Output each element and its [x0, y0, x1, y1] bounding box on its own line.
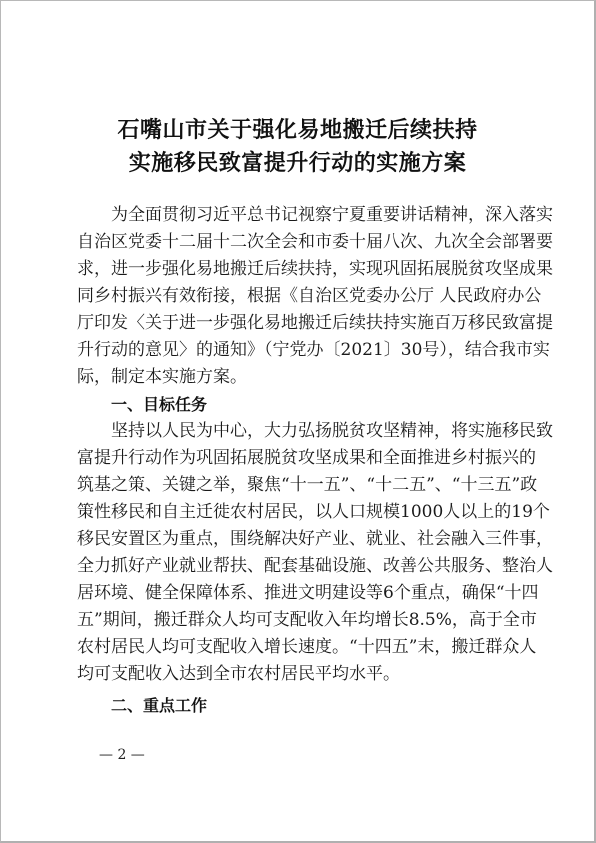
text-line: 求，进一步强化易地搬迁后续扶持，实现巩固拓展脱贫攻坚成果: [77, 256, 519, 283]
text-line: 富提升行动作为巩固拓展脱贫攻坚成果和全面推进乡村振兴的: [77, 445, 519, 472]
document-title-line-2: 实施移民致富提升行动的实施方案: [1, 146, 594, 177]
text-line: 移民安置区为重点，围绕解决好产业、就业、社会融入三件事，: [77, 526, 519, 553]
text-line: 筑基之策、关键之举，聚焦“十一五”、“十二五”、“十三五”政: [77, 472, 519, 499]
text-line: 全力抓好产业就业帮扶、配套基础设施、改善公共服务、整治人: [77, 553, 519, 580]
text-line: 升行动的意见〉的通知》（宁党办〔2021〕30号），结合我市实: [77, 337, 519, 364]
text-line: 居环境、健全保障体系、推进文明建设等6个重点，确保“十四: [77, 580, 519, 607]
page-number: — 2 —: [99, 747, 145, 763]
section1-paragraph: 坚持以人民为中心，大力弘扬脱贫攻坚精神，将实施移民致 富提升行动作为巩固拓展脱贫…: [77, 418, 519, 688]
intro-paragraph: 为全面贯彻习近平总书记视察宁夏重要讲话精神，深入落实 自治区党委十二届十二次全会…: [77, 202, 519, 391]
text-line: 坚持以人民为中心，大力弘扬脱贫攻坚精神，将实施移民致: [77, 418, 519, 445]
document-page: 石嘴山市关于强化易地搬迁后续扶持 实施移民致富提升行动的实施方案 为全面贯彻习近…: [0, 0, 596, 843]
text-line: 同乡村振兴有效衔接，根据《自治区党委办公厅 人民政府办公: [77, 283, 519, 310]
document-body: 为全面贯彻习近平总书记视察宁夏重要讲话精神，深入落实 自治区党委十二届十二次全会…: [77, 202, 519, 719]
text-line: 均可支配收入达到全市农村居民平均水平。: [77, 661, 519, 688]
text-line: 五”期间，搬迁群众人均可支配收入年均增长8.5%，高于全市: [77, 607, 519, 634]
text-line: 际，制定本实施方案。: [77, 364, 519, 391]
document-title-line-1: 石嘴山市关于强化易地搬迁后续扶持: [1, 113, 594, 144]
text-line: 策性移民和自主迁徙农村居民，以人口规模1000人以上的19个: [77, 499, 519, 526]
text-line: 为全面贯彻习近平总书记视察宁夏重要讲话精神，深入落实: [77, 202, 519, 229]
section-heading-goals: 一、目标任务: [77, 391, 519, 418]
text-line: 自治区党委十二届十二次全会和市委十届八次、九次全会部署要: [77, 229, 519, 256]
text-line: 农村居民人均可支配收入增长速度。“十四五”末，搬迁群众人: [77, 634, 519, 661]
text-line: 厅印发〈关于进一步强化易地搬迁后续扶持实施百万移民致富提: [77, 310, 519, 337]
section-heading-key-work: 二、重点工作: [77, 692, 519, 719]
